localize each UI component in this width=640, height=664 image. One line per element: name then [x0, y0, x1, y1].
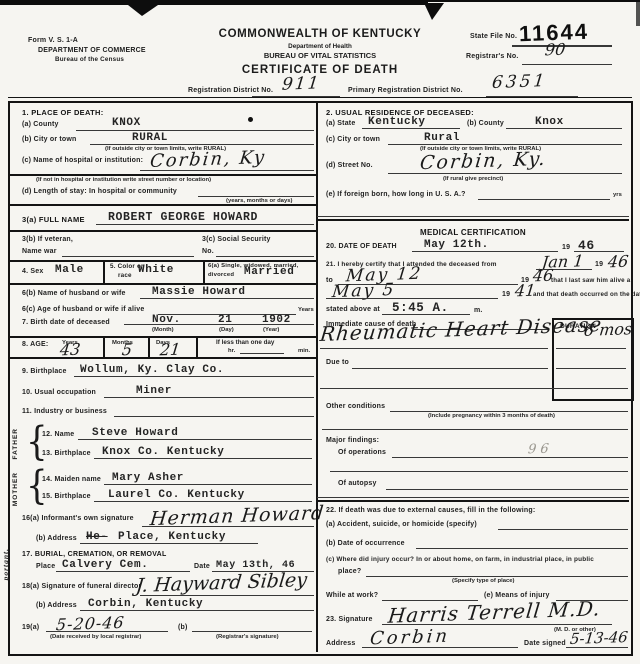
rule-line: [90, 144, 314, 145]
dept-commerce: DEPARTMENT OF COMMERCE: [38, 47, 146, 54]
rule-line: [498, 529, 628, 530]
color-race-label2: race: [118, 272, 132, 279]
county-value: KNOX: [112, 117, 141, 129]
rule-line: [382, 624, 612, 625]
full-name-label: 3(a) FULL NAME: [22, 215, 85, 224]
rule-line: [506, 128, 622, 129]
length-of-stay-label: (d) Length of stay: In hospital or commu…: [22, 188, 177, 195]
section-divider: [317, 500, 629, 502]
while-at-work-label: While at work?: [326, 592, 378, 599]
burial-date-label: Date: [194, 563, 210, 570]
burial-place-value: Calvery Cem.: [62, 559, 148, 571]
rule-line: [76, 130, 314, 131]
industry-label: 11. Industry or business: [22, 408, 107, 415]
spouse-label: 6(b) Name of husband or wife: [22, 290, 126, 297]
medical-cert-title: MEDICAL CERTIFICATION: [317, 228, 629, 237]
rule-line: [216, 256, 314, 257]
of-autopsy-label: Of autopsy: [338, 480, 377, 487]
birthplace-value: Wollum, Ky. Clay Co.: [80, 364, 224, 376]
rule-line: [240, 353, 284, 354]
rule-line: [96, 224, 314, 225]
spouse-age-label: 6(c) Age of husband or wife if alive: [22, 306, 144, 313]
burial-place-label: Place: [36, 563, 55, 570]
rule-line: [366, 576, 628, 577]
res-city-value: Rural: [424, 132, 460, 144]
due-to-label: Due to: [326, 359, 349, 366]
registration-district-label: Registration District No.: [188, 87, 273, 94]
received-hint: (Date received by local registrar): [50, 634, 141, 640]
injury-place-hint: (Specify type of place): [452, 578, 515, 584]
rule-line: [392, 457, 628, 458]
accident-label: (a) Accident, suicide, or homicide (spec…: [326, 521, 477, 528]
state-value: Kentucky: [368, 116, 426, 128]
informant-address-label: (b) Address: [36, 535, 77, 542]
res-county-label: (b) County: [467, 120, 504, 127]
scan-tear-artifact: [128, 5, 158, 16]
marital-label2: divorced: [208, 272, 234, 278]
father-name-value: Steve Howard: [92, 427, 178, 439]
rule-line: [114, 416, 314, 417]
hospital-value-handwritten: Corbin, Ky: [149, 147, 267, 172]
date-of-death-value: May 12th.: [424, 239, 489, 251]
rule-line: [142, 526, 314, 527]
bureau-vital-statistics: BUREAU OF VITAL STATISTICS: [165, 51, 475, 60]
double-rule: [8, 97, 632, 98]
burial-title: 17. BURIAL, CREMATION, OR REMOVAL: [22, 551, 167, 558]
foreign-born-label: (e) If foreign born, how long in U. S. A…: [326, 191, 466, 198]
rule-line: [140, 595, 314, 596]
rule-line: [317, 216, 629, 217]
other-conditions-hint: (Include pregnancy within 3 months of de…: [428, 413, 555, 419]
scan-edge-artifact: [428, 0, 640, 2]
rule-line: [556, 348, 626, 349]
state-file-label: State File No.: [470, 33, 517, 40]
rule-line: [522, 64, 612, 65]
day-caption: (Day): [219, 327, 234, 333]
veteran-label: 3(b) If veteran,: [22, 236, 73, 243]
foreign-born-suffix: yrs: [613, 192, 622, 198]
rule-line: [566, 647, 628, 648]
spouse-age-suffix: Years: [298, 307, 314, 313]
section-divider: [10, 204, 316, 206]
operations-faint-mark: 9 6: [527, 442, 549, 458]
certify-line2: that I last saw him alive a: [551, 277, 630, 284]
registrar-no-label: Registrar's No.: [466, 53, 519, 60]
rule-line: [556, 368, 626, 369]
physician-address-label: Address: [326, 640, 355, 647]
column-divider: [316, 101, 318, 652]
hospital-hint: (If not in hospital or institution write…: [36, 177, 211, 183]
rule-line: [140, 298, 314, 299]
date-signed-label: Date signed: [524, 640, 566, 647]
color-race-value: White: [138, 264, 174, 276]
yr-prefix: 19: [562, 244, 570, 251]
rule-line: [362, 128, 460, 129]
scan-edge-artifact: [636, 0, 640, 26]
rule-line: [478, 199, 610, 200]
death-certificate-scan: Form V. S. 1-A DEPARTMENT OF COMMERCE Bu…: [0, 0, 640, 664]
rule-line: [192, 631, 312, 632]
rule-line: [104, 484, 312, 485]
date-signed-value: 5-13-46: [569, 628, 629, 648]
mother-name-value: Mary Asher: [112, 472, 184, 484]
rule-line: [78, 439, 312, 440]
city-town-value: RURAL: [132, 132, 168, 144]
other-conditions-label: Other conditions: [326, 403, 385, 410]
year-caption: (Year): [263, 327, 279, 333]
informant-label: 16(a) Informant's own signature: [22, 515, 134, 522]
county-label: (a) County: [22, 121, 59, 128]
mother-name-label: 14. Maiden name: [42, 476, 101, 483]
age-label: 8. AGE:: [22, 341, 48, 348]
rule-line: [124, 324, 314, 325]
registration-district-value: 911: [281, 73, 322, 94]
mother-birthplace-value: Laurel Co. Kentucky: [108, 489, 245, 501]
attended-from-year: 46: [607, 252, 629, 272]
sex-label: 4. Sex: [22, 268, 43, 275]
rule-line: [388, 144, 622, 145]
res-city-label: (c) City or town: [326, 136, 380, 143]
rule-line: [382, 314, 470, 315]
state-label: (a) State: [326, 120, 355, 127]
rule-line: [320, 388, 628, 389]
father-birthplace-label: 13. Birthplace: [42, 450, 91, 457]
form-border: [8, 101, 633, 656]
cell-divider: [148, 336, 150, 357]
rule-line: [74, 376, 314, 377]
director-address-label: (b) Address: [36, 602, 77, 609]
rule-line: [104, 397, 314, 398]
street-label: (d) Street No.: [326, 162, 373, 169]
director-address-value: Corbin, Kentucky: [88, 598, 203, 610]
hr-label: hr.: [228, 348, 235, 354]
street-value-handwritten: Corbin, Ky.: [419, 148, 548, 175]
rule-line: [94, 501, 312, 502]
rule-line: [326, 298, 498, 299]
registrar-sig-hint: (Registrar's signature): [216, 634, 279, 640]
scan-tear-artifact: [424, 3, 444, 20]
rule-line: [412, 251, 558, 252]
informant-address-value: Place, Kentucky: [118, 531, 226, 543]
certify-line3: and that death occurred on the dat: [533, 291, 640, 298]
rule-line: [388, 173, 622, 174]
rule-line: [94, 458, 312, 459]
rule-line: [80, 610, 314, 611]
duration-value-handwritten: 6 mos: [583, 319, 633, 340]
occupation-label: 10. Usual occupation: [22, 389, 96, 396]
cell-divider: [203, 260, 205, 283]
age-box-bottom: [10, 357, 316, 359]
time-of-death-value: 5:45 A.: [392, 301, 449, 315]
marital-value: Married: [244, 266, 294, 278]
occupation-value: Miner: [136, 385, 172, 397]
physician-address-value: Corbin: [369, 626, 451, 650]
street-hint: (If rural give precinct): [443, 176, 503, 182]
major-findings-label: Major findings:: [326, 437, 379, 444]
received-label: 19(a): [22, 624, 39, 631]
month-caption: (Month): [152, 327, 174, 333]
mother-brace: {: [26, 463, 48, 509]
birthplace-label: 9. Birthplace: [22, 368, 67, 375]
min-label: min.: [298, 348, 310, 354]
primary-district-label: Primary Registration District No.: [348, 87, 463, 94]
funeral-director-label: 18(a) Signature of funeral director: [22, 583, 141, 590]
sex-value: Male: [55, 264, 84, 276]
rule-line: [330, 471, 628, 472]
father-side-label: FATHER: [12, 428, 19, 460]
yr-prefix: 19: [595, 261, 603, 268]
date-of-death-label: 20. DATE OF DEATH: [326, 243, 397, 250]
father-name-label: 12. Name: [42, 431, 74, 438]
informant-address-struck: He-: [86, 531, 108, 543]
city-town-label: (b) City or town: [22, 136, 77, 143]
res-county-value: Knox: [535, 116, 564, 128]
physician-signature-label: 23. Signature: [326, 616, 373, 623]
section-divider: [10, 230, 316, 232]
rule-line: [320, 348, 548, 349]
rule-line: [198, 196, 314, 197]
dept-health: Department of Health: [165, 43, 475, 50]
spouse-value: Massie Howard: [152, 286, 246, 298]
mother-side-label: MOTHER: [12, 472, 19, 506]
external-causes-title: 22. If death was due to external causes,…: [326, 507, 535, 514]
rule-line: [140, 170, 314, 171]
stated-above-label: stated above at: [326, 306, 380, 313]
bureau-census: Bureau of the Census: [55, 56, 124, 63]
section-divider: [317, 219, 629, 221]
rule-line: [386, 489, 628, 490]
place-of-death-title: 1. PLACE OF DEATH:: [22, 108, 104, 117]
of-operations-label: Of operations: [338, 449, 386, 456]
rule-line: [390, 411, 628, 412]
form-number: Form V. S. 1-A: [28, 37, 78, 44]
full-name-value: ROBERT GEORGE HOWARD: [108, 211, 258, 224]
rule-line: [46, 631, 168, 632]
hospital-label: (c) Name of hospital or institution:: [22, 157, 143, 164]
rule-line: [352, 368, 548, 369]
veteran-war-label: Name war: [22, 248, 57, 255]
ssn-no-label: No.: [202, 248, 214, 255]
commonwealth-title: COMMONWEALTH OF KENTUCKY: [165, 28, 475, 40]
margin-vertical-text: portant.: [1, 548, 10, 580]
rule-line: [62, 256, 194, 257]
father-brace: {: [26, 419, 48, 465]
birth-date-label: 7. Birth date of deceased: [22, 319, 110, 326]
injury-where-label: (c) Where did injury occur? In or about …: [326, 556, 594, 563]
rule-line: [56, 571, 190, 572]
cell-divider: [196, 336, 198, 357]
registrar-sig-label: (b): [178, 624, 188, 631]
rule-line: [416, 548, 628, 549]
scan-edge-artifact: [0, 0, 428, 5]
mother-birthplace-label: 15. Birthplace: [42, 493, 91, 500]
registrar-no-value: 90: [544, 40, 566, 60]
time-m-label: m.: [474, 307, 483, 314]
rule-line: [362, 647, 518, 648]
header-center: COMMONWEALTH OF KENTUCKY Department of H…: [165, 28, 475, 76]
rule-line: [317, 497, 629, 498]
ssn-label: 3(c) Social Security: [202, 236, 271, 243]
cell-divider: [103, 336, 105, 357]
rule-line: [80, 543, 258, 544]
yr-prefix: 19: [502, 291, 510, 298]
rule-line: [322, 429, 628, 430]
occurrence-label: (b) Date of occurrence: [326, 540, 405, 547]
less-than-day-label: If less than one day: [216, 339, 274, 346]
cell-divider: [103, 260, 105, 283]
father-birthplace-value: Knox Co. Kentucky: [102, 446, 224, 458]
primary-district-value: 6351: [491, 71, 548, 93]
injury-place-label: place?: [338, 568, 361, 575]
